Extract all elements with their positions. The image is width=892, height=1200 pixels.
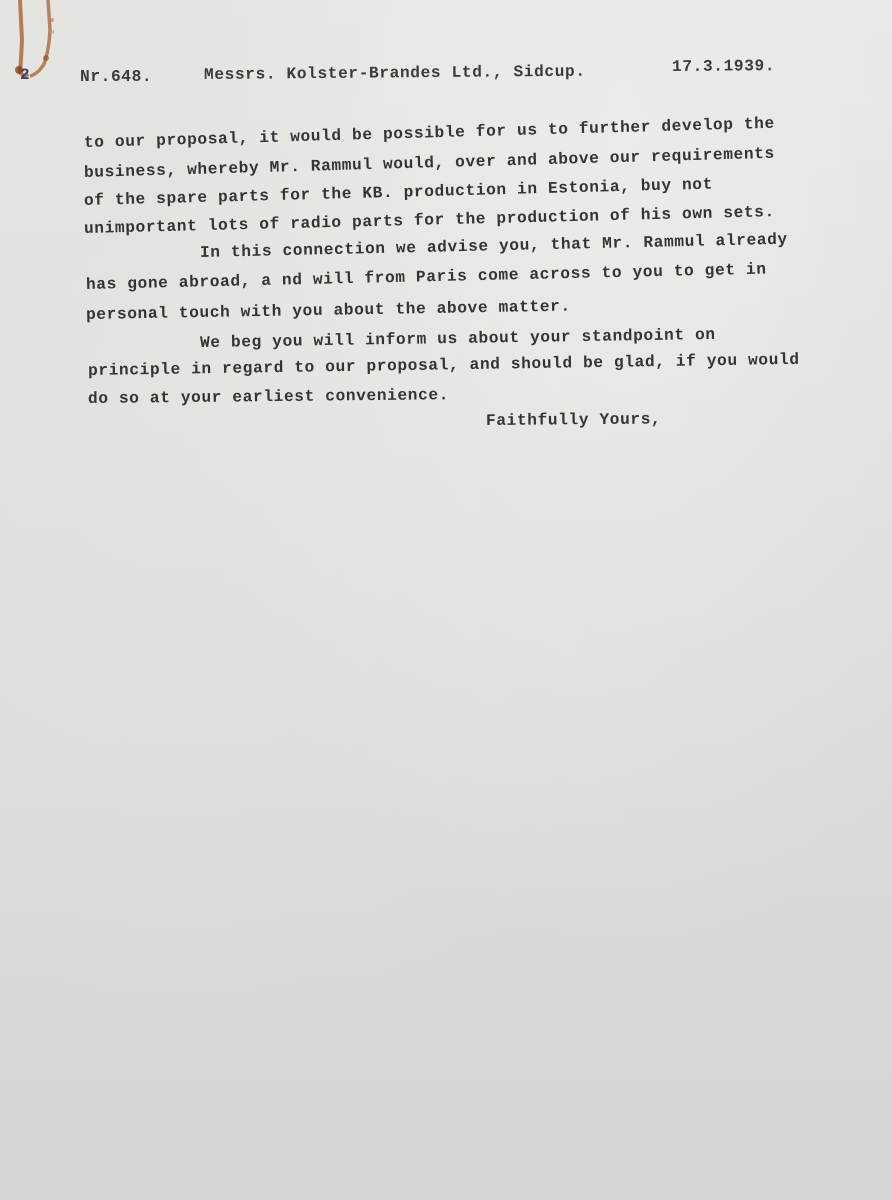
letter-date: 17.3.1939. (672, 57, 775, 76)
addressee: Messrs. Kolster-Brandes Ltd., Sidcup. (204, 63, 586, 84)
page-number: 2 (20, 66, 30, 84)
body-line: to our proposal, it would be possible fo… (84, 115, 775, 152)
reference-number: Nr.648. (80, 68, 152, 86)
letter-page: 2 Nr.648. Messrs. Kolster-Brandes Ltd., … (0, 0, 892, 1200)
body-line: In this connection we advise you, that M… (200, 231, 788, 262)
body-line: of the spare parts for the KB. productio… (84, 176, 713, 210)
body-line: do so at your earliest convenience. (88, 386, 449, 408)
rust-stain-mark (8, 0, 54, 80)
body-line: We beg you will inform us about your sta… (200, 326, 716, 352)
closing-salutation: Faithfully Yours, (486, 410, 661, 430)
body-line: principle in regard to our proposal, and… (88, 351, 800, 380)
body-line: has gone abroad, a nd will from Paris co… (86, 261, 767, 294)
body-line: personal touch with you about the above … (86, 298, 571, 324)
